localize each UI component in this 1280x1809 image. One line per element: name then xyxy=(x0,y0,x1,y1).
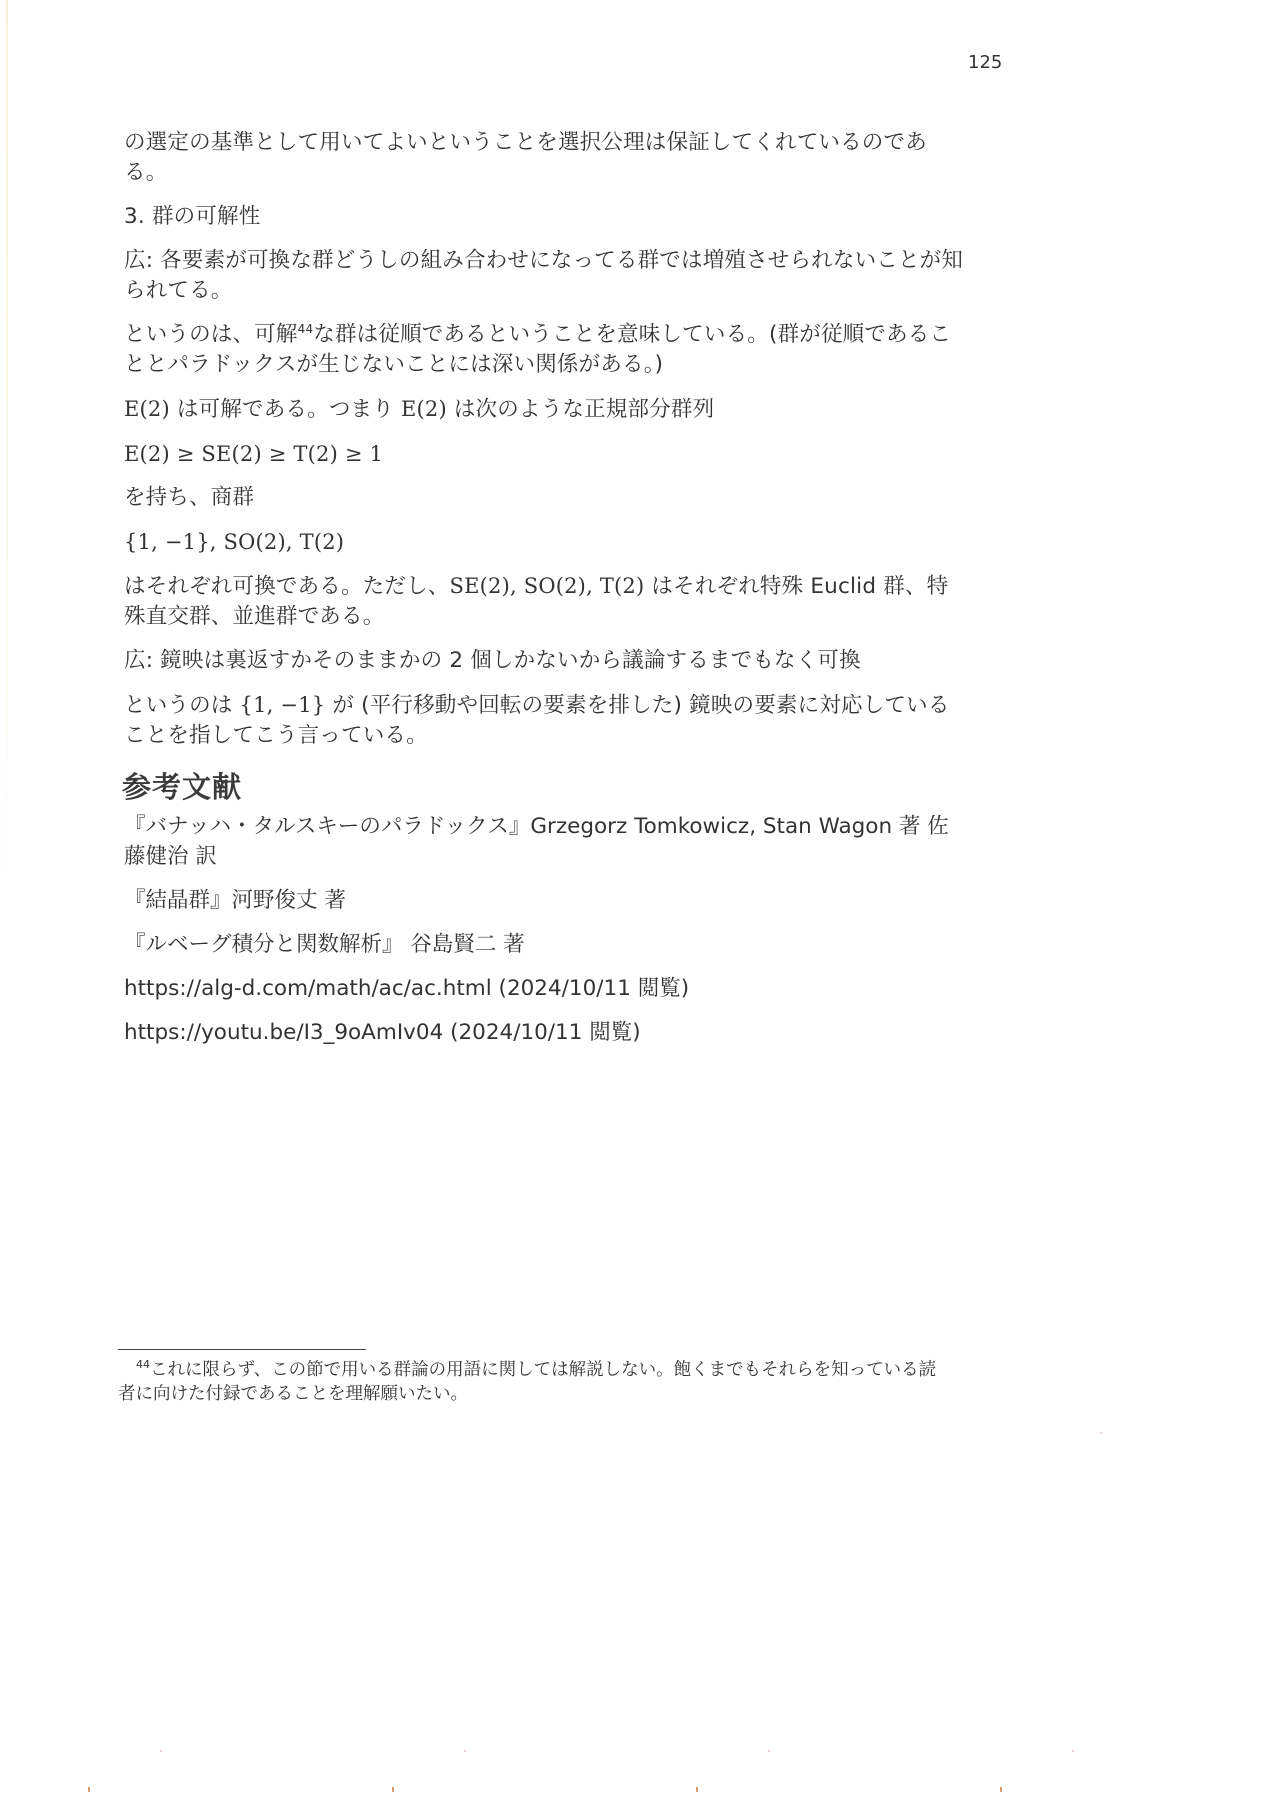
footnote-mark: 44 xyxy=(136,1358,150,1371)
e2-text-2: は次のような正規部分群列 xyxy=(447,397,714,422)
math-plus-minus-one: {1, −1} xyxy=(240,693,326,717)
page-body: の選定の基準として用いてよいということを選択公理は保証してくれているのである。 … xyxy=(124,128,964,1062)
paragraph-quotient-groups: を持ち、商群 xyxy=(124,483,964,513)
scan-speck xyxy=(768,1750,770,1752)
scan-tick-mark xyxy=(696,1787,698,1792)
paragraph-hiro-reflection: 広: 鏡映は裏返すかそのままかの 2 個しかないから議論するまでもなく可換 xyxy=(124,646,964,676)
scan-tick-mark xyxy=(392,1787,394,1792)
paragraph-hiro-abelian: 広: 各要素が可換な群どうしの組み合わせになってる群では増殖させられないことが知… xyxy=(124,246,964,306)
paragraph-choice-axiom: の選定の基準として用いてよいということを選択公理は保証してくれているのである。 xyxy=(124,128,964,188)
footnote-44: 44これに限らず、この節で用いる群論の用語に関しては解説しない。飽くまでもそれら… xyxy=(118,1358,948,1406)
scan-tick-mark xyxy=(1000,1787,1002,1792)
reflection-text-1: というのは xyxy=(124,693,240,718)
math-e2: E(2) xyxy=(124,397,170,421)
scan-speck xyxy=(464,1750,466,1752)
math-e2-second: E(2) xyxy=(401,397,447,421)
footnote-text: これに限らず、この節で用いる群論の用語に関しては解説しない。飽くまでもそれらを知… xyxy=(118,1360,936,1404)
footnote-reference-44[interactable]: 44 xyxy=(298,322,314,336)
paragraph-each-abelian: はそれぞれ可換である。ただし、SE(2), SO(2), T(2) はそれぞれ特… xyxy=(124,571,964,632)
paragraph-e2-solvable: E(2) は可解である。つまり E(2) は次のような正規部分群列 xyxy=(124,394,964,425)
scanned-page-edge xyxy=(6,0,8,900)
scan-speck xyxy=(1072,1750,1074,1752)
math-quotient-list: {1, −1}, SO(2), T(2) xyxy=(124,527,964,557)
paragraph-reflection-explanation: というのは {1, −1} が (平行移動や回転の要素を排した) 鏡映の要素に対… xyxy=(124,690,964,751)
paragraph-amenable: というのは、可解44な群は従順であるということを意味している。(群が従順であるこ… xyxy=(124,320,964,380)
references-heading: 参考文献 xyxy=(122,765,964,806)
section-heading-solvability: 3. 群の可解性 xyxy=(124,202,964,232)
reference-link-youtube[interactable]: https://youtu.be/I3_9oAmIv04 (2024/10/11… xyxy=(124,1018,964,1048)
scan-speck xyxy=(160,1750,162,1752)
abelian-text-1: はそれぞれ可換である。ただし、 xyxy=(124,574,450,599)
reference-item-banach-tarski: 『バナッハ・タルスキーのパラドックス』Grzegorz Tomkowicz, S… xyxy=(124,812,964,872)
footnote-divider xyxy=(118,1349,366,1350)
reference-link-alg-d[interactable]: https://alg-d.com/math/ac/ac.html (2024/… xyxy=(124,974,964,1004)
amenable-text-before: というのは、可解 xyxy=(124,322,298,347)
e2-text-1: は可解である。つまり xyxy=(170,397,401,422)
scan-tick-mark xyxy=(88,1787,90,1792)
math-normal-series: E(2) ≥ SE(2) ≥ T(2) ≥ 1 xyxy=(124,439,964,469)
reference-item-lebesgue: 『ルベーグ積分と関数解析』 谷島賢二 著 xyxy=(124,930,964,960)
page-number: 125 xyxy=(968,52,1002,73)
reference-item-crystal-groups: 『結晶群』河野俊丈 著 xyxy=(124,886,964,916)
math-group-names: SE(2), SO(2), T(2) xyxy=(450,574,645,598)
scan-speck xyxy=(1100,1432,1102,1434)
